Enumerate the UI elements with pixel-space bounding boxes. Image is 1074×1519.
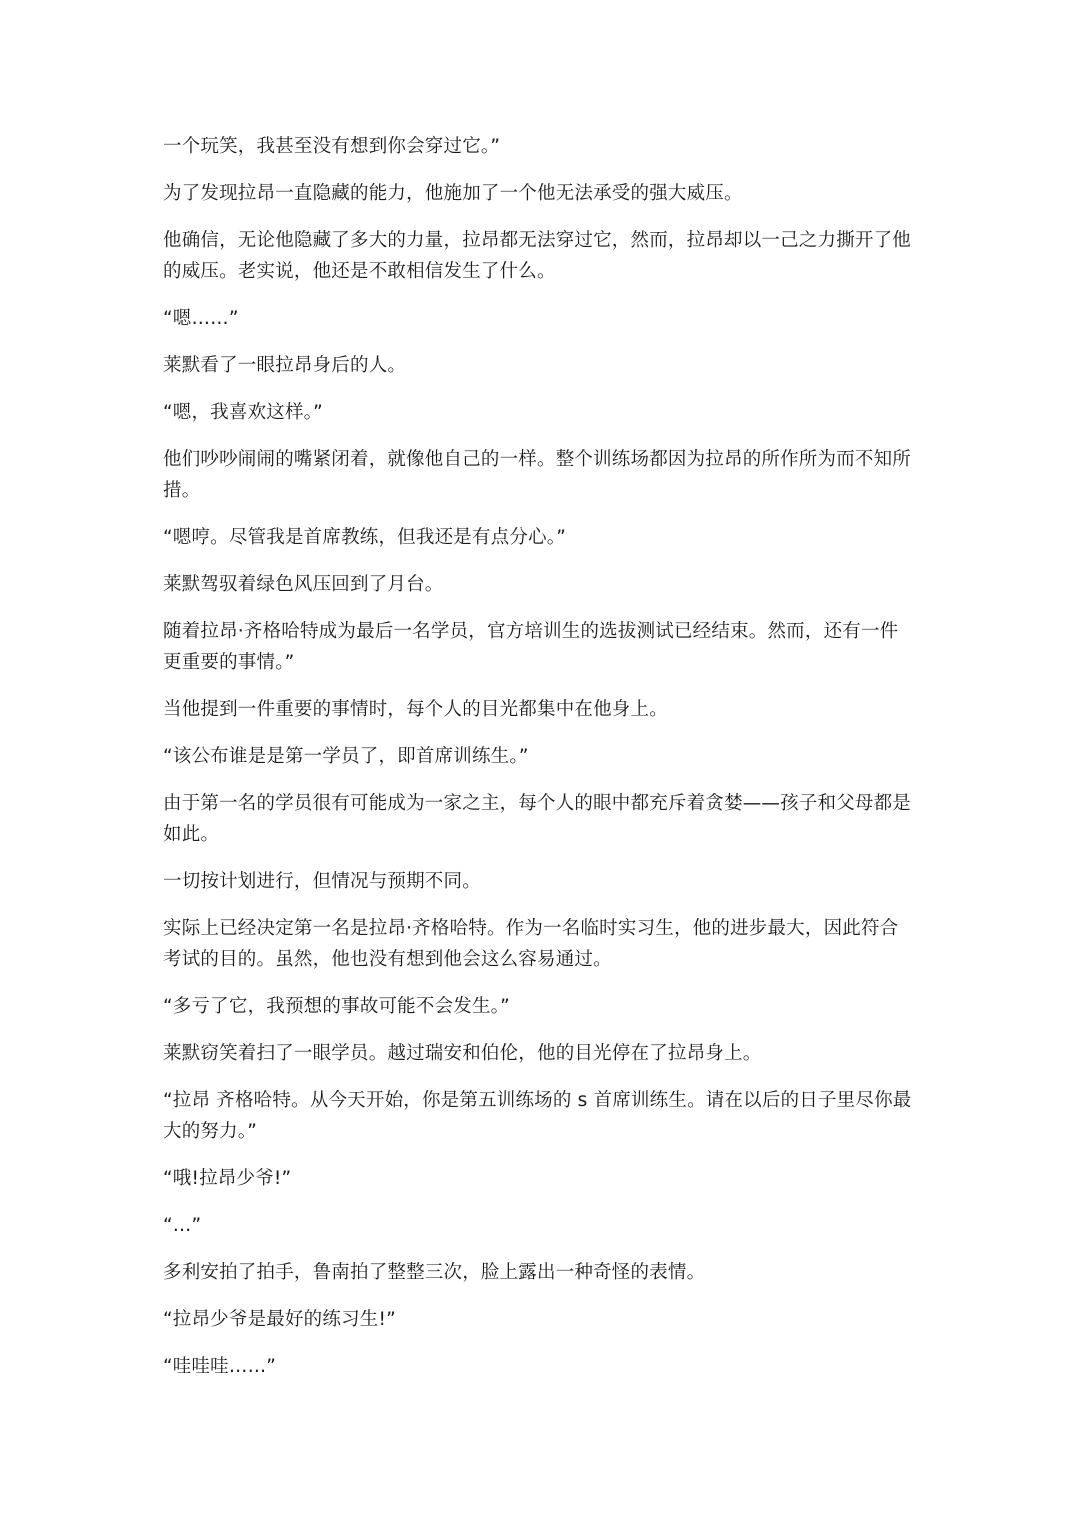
paragraph: “…” [163, 1210, 915, 1241]
paragraph: 由于第一名的学员很有可能成为一家之主，每个人的眼中都充斥着贪婪——孩子和父母都是… [163, 788, 915, 850]
document-page: 一个玩笑，我甚至没有想到你会穿过它。” 为了发现拉昂一直隐藏的能力，他施加了一个… [163, 131, 915, 1398]
paragraph: 为了发现拉昂一直隐藏的能力，他施加了一个他无法承受的强大威压。 [163, 178, 915, 209]
paragraph: 莱默窃笑着扫了一眼学员。越过瑞安和伯伦，他的目光停在了拉昂身上。 [163, 1038, 915, 1069]
paragraph: “哦!拉昂少爷!” [163, 1163, 915, 1194]
paragraph: 他们吵吵闹闹的嘴紧闭着，就像他自己的一样。整个训练场都因为拉昂的所作所为而不知所… [163, 444, 915, 506]
paragraph: “多亏了它，我预想的事故可能不会发生。” [163, 991, 915, 1022]
paragraph: 当他提到一件重要的事情时，每个人的目光都集中在他身上。 [163, 694, 915, 725]
paragraph: 随着拉昂·齐格哈特成为最后一名学员，官方培训生的选拔测试已经结束。然而，还有一件… [163, 616, 915, 678]
paragraph: 一切按计划进行，但情况与预期不同。 [163, 866, 915, 897]
paragraph: “拉昂少爷是最好的练习生!” [163, 1304, 915, 1335]
paragraph: 他确信，无论他隐藏了多大的力量，拉昂都无法穿过它，然而，拉昂却以一己之力撕开了他… [163, 225, 915, 287]
paragraph: “嗯，我喜欢这样。” [163, 397, 915, 428]
paragraph: 实际上已经决定第一名是拉昂·齐格哈特。作为一名临时实习生，他的进步最大，因此符合… [163, 913, 915, 975]
paragraph: 莱默看了一眼拉昂身后的人。 [163, 350, 915, 381]
paragraph: “嗯……” [163, 303, 915, 334]
paragraph: “拉昂 齐格哈特。从今天开始，你是第五训练场的 s 首席训练生。请在以后的日子里… [163, 1085, 915, 1147]
paragraph: 一个玩笑，我甚至没有想到你会穿过它。” [163, 131, 915, 162]
paragraph: “嗯哼。尽管我是首席教练，但我还是有点分心。” [163, 522, 915, 553]
paragraph: 莱默驾驭着绿色风压回到了月台。 [163, 569, 915, 600]
paragraph: 多利安拍了拍手，鲁南拍了整整三次，脸上露出一种奇怪的表情。 [163, 1257, 915, 1288]
paragraph: “哇哇哇……” [163, 1351, 915, 1382]
paragraph: “该公布谁是是第一学员了，即首席训练生。” [163, 741, 915, 772]
